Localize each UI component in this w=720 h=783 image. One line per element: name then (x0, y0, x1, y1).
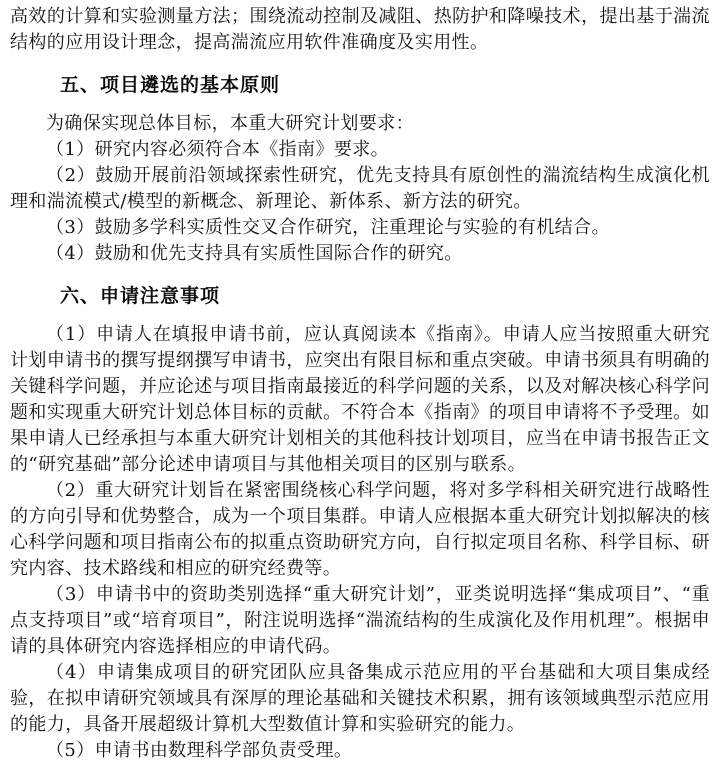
list-item-6-4: （4）申请集成项目的研究团队应具备集成示范应用的平台基础和大项目集成经验，在拟申… (10, 660, 710, 738)
list-item-6-2: （2）重大研究计划旨在紧密围绕核心科学问题，将对多学科相关研究进行战略性的方向引… (10, 478, 710, 582)
list-item-5-1: （1）研究内容必须符合本《指南》要求。 (10, 137, 710, 163)
list-item-6-5: （5）申请书由数理科学部负责受理。 (10, 738, 710, 764)
list-item-5-3: （3）鼓励多学科实质性交叉合作研究，注重理论与实验的有机结合。 (10, 215, 710, 241)
document-page: 高效的计算和实验测量方法；围绕流动控制及减阻、热防护和降噪技术，提出基于湍流结构… (0, 0, 720, 783)
section-heading-6: 六、申请注意事项 (10, 283, 710, 310)
list-item-5-4: （4）鼓励和优先支持具有实质性国际合作的研究。 (10, 241, 710, 267)
list-item-6-3: （3）申请书中的资助类别选择“重大研究计划”，亚类说明选择“集成项目”、“重点支… (10, 582, 710, 660)
list-item-6-1: （1）申请人在填报申请书前，应认真阅读本《指南》。申请人应当按照重大研究计划申请… (10, 322, 710, 478)
list-item-5-2: （2）鼓励开展前沿领域探索性研究，优先支持具有原创性的湍流结构生成演化机理和湍流… (10, 163, 710, 215)
section-heading-5: 五、项目遴选的基本原则 (10, 72, 710, 99)
paragraph: 高效的计算和实验测量方法；围绕流动控制及减阻、热防护和降噪技术，提出基于湍流结构… (10, 4, 710, 56)
paragraph: 为确保实现总体目标，本重大研究计划要求： (10, 111, 710, 137)
